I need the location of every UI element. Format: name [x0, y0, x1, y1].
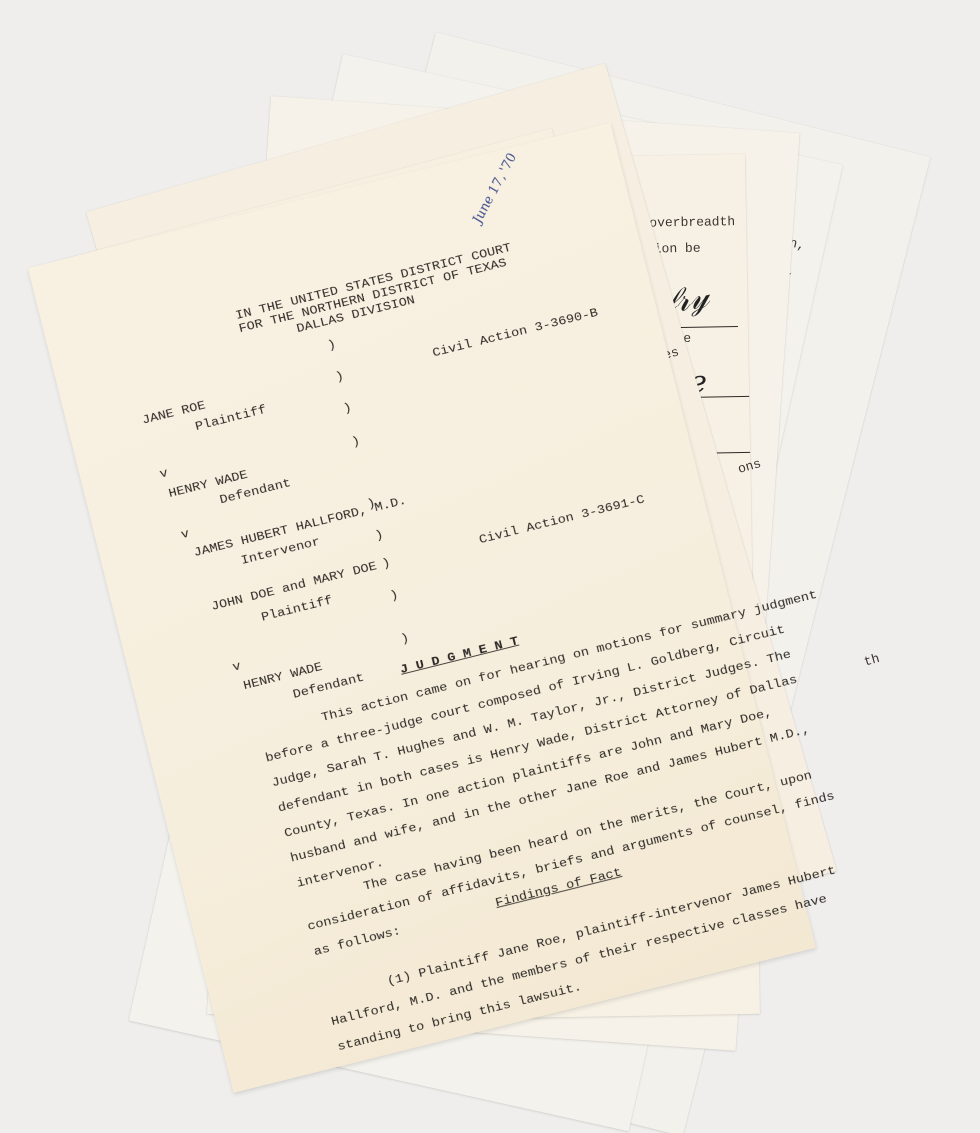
versus: v: [180, 528, 191, 542]
caption-bracket: ): [400, 632, 411, 646]
court-heading-line: FOR THE NORTHERN DISTRICT OF TEXAS: [238, 257, 508, 336]
fragment: th: [862, 651, 881, 670]
caption-bracket: ): [326, 339, 337, 353]
versus: v: [159, 467, 170, 481]
caption-bracket: ): [334, 370, 345, 384]
caption-bracket: ): [342, 402, 353, 416]
caption-bracket: ): [366, 497, 377, 511]
caption-bracket: ): [381, 557, 392, 571]
body-line: as follows:: [313, 925, 403, 959]
finding-line: (1) Plaintiff Jane Roe, plaintiff-interv…: [386, 865, 837, 989]
civil-action-number: Civil Action 3-3690-B: [431, 307, 599, 361]
handwritten-date: June 17, '70: [469, 152, 520, 226]
caption-bracket: ): [389, 589, 400, 603]
civil-action-number: Civil Action 3-3691-C: [478, 494, 646, 548]
caption-bracket: ): [374, 529, 385, 543]
caption-bracket: ): [351, 436, 362, 450]
versus: v: [231, 660, 242, 674]
